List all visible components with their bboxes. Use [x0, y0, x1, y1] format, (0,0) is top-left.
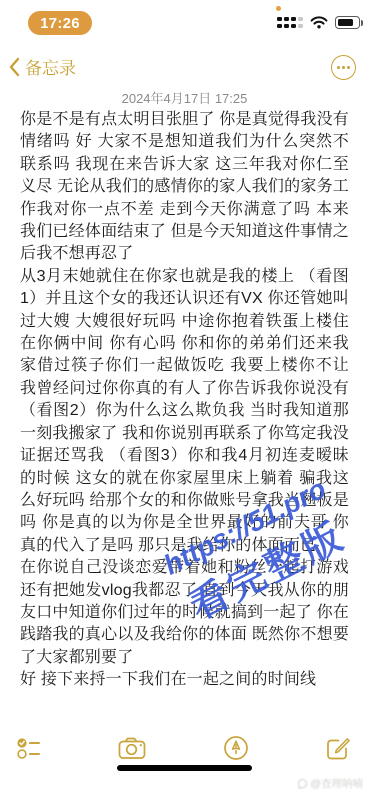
status-icons: [277, 16, 360, 29]
weibo-logo-icon: [298, 778, 308, 788]
note-paragraph: 从3月末她就住在你家也就是我的楼上 （看图1）并且这个女的我还认识还有VX 你还…: [20, 266, 349, 557]
weibo-watermark: @查理呐喃: [298, 776, 363, 791]
more-options-button[interactable]: [331, 55, 356, 80]
toolbar-fade: [0, 698, 369, 728]
wifi-icon: [310, 16, 328, 29]
weibo-watermark-text: @查理呐喃: [310, 776, 363, 791]
nav-bar: 备忘录: [0, 52, 369, 86]
notes-app-screen: 17:26 备忘录: [0, 0, 369, 800]
note-date: 2024年4月17日 17:25: [0, 88, 369, 107]
markup-pen-icon: [223, 735, 249, 761]
status-bar: 17:26: [0, 0, 369, 44]
cellular-signal-icon: [277, 17, 303, 29]
camera-button[interactable]: [116, 734, 148, 762]
status-time: 17:26: [40, 15, 80, 32]
bottom-toolbar: [0, 728, 369, 768]
camera-icon: [118, 736, 146, 760]
checklist-button[interactable]: [14, 733, 44, 763]
home-indicator[interactable]: [117, 765, 252, 771]
note-paragraph: 在你说自己没谈恋爱带着她和粉丝一起打游戏还有把她发vlog我都忍了 直到今天我从…: [20, 557, 349, 669]
note-body[interactable]: 你是不是有点太明目张胆了 你是真觉得我没有情绪吗 好 大家不是想知道我们为什么突…: [20, 109, 349, 692]
chevron-left-icon: [8, 57, 20, 77]
recording-time-pill[interactable]: 17:26: [28, 11, 92, 35]
ellipsis-icon: [337, 66, 340, 69]
back-button[interactable]: 备忘录: [8, 54, 76, 79]
compose-icon: [325, 735, 351, 761]
checklist-icon: [16, 735, 42, 761]
back-label: 备忘录: [25, 54, 76, 79]
compose-button[interactable]: [323, 733, 353, 763]
note-paragraph: 好 接下来捋一下我们在一起之间的时间线: [20, 669, 349, 691]
markup-button[interactable]: [221, 733, 251, 763]
mic-indicator-dot: [276, 6, 281, 11]
note-paragraph: 你是不是有点太明目张胆了 你是真觉得我没有情绪吗 好 大家不是想知道我们为什么突…: [20, 109, 349, 266]
battery-icon: [335, 16, 360, 29]
